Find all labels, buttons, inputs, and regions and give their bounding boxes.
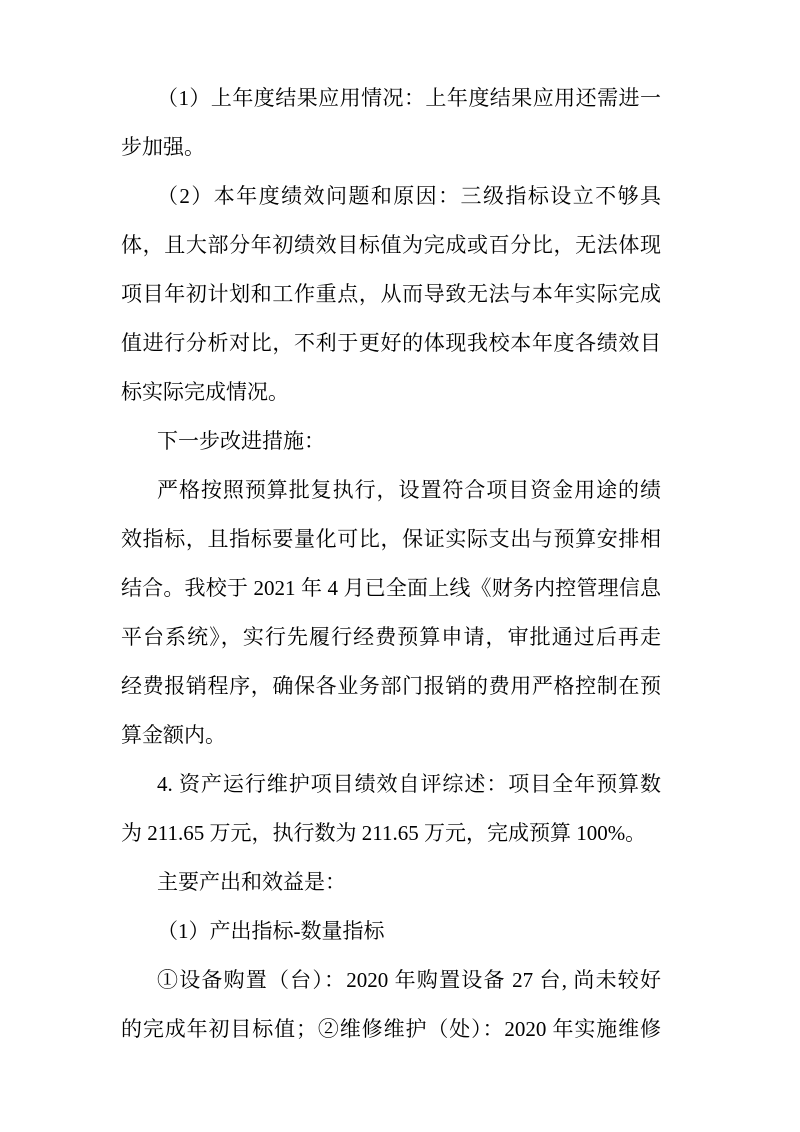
text-line: 体，且大部分年初绩效目标值为完成或百分比，无法体现 — [121, 221, 661, 270]
text-line: 标实际完成情况。 — [121, 368, 661, 417]
paragraph-output-benefit-heading: 主要产出和效益是： — [121, 858, 661, 907]
text-line: 项目年初计划和工作重点，从而导致无法与本年实际完成 — [121, 270, 661, 319]
text-line: 主要产出和效益是： — [121, 858, 661, 907]
text-line: 效指标，且指标要量化可比，保证实际支出与预算安排相 — [121, 515, 661, 564]
paragraph-performance-issues: （2）本年度绩效问题和原因：三级指标设立不够具 体，且大部分年初绩效目标值为完成… — [121, 172, 661, 417]
text-line: （2）本年度绩效问题和原因：三级指标设立不够具 — [121, 172, 661, 221]
text-line: 的完成年初目标值；②维修维护（处）：2020 年实施维修 — [121, 1005, 661, 1054]
document-page: （1）上年度结果应用情况：上年度结果应用还需进一 步加强。 （2）本年度绩效问题… — [0, 0, 800, 1132]
paragraph-prev-year-results: （1）上年度结果应用情况：上年度结果应用还需进一 步加强。 — [121, 74, 661, 172]
text-line: 平台系统》，实行先履行经费预算申请，审批通过后再走 — [121, 613, 661, 662]
paragraph-asset-project-summary: 4. 资产运行维护项目绩效自评综述：项目全年预算数 为 211.65 万元，执行… — [121, 760, 661, 858]
paragraph-improvement-heading: 下一步改进措施： — [121, 417, 661, 466]
text-line: 严格按照预算批复执行，设置符合项目资金用途的绩 — [121, 466, 661, 515]
text-line: 下一步改进措施： — [121, 417, 661, 466]
text-line: 值进行分析对比，不利于更好的体现我校本年度各绩效目 — [121, 319, 661, 368]
paragraph-output-indicator-heading: （1）产出指标-数量指标 — [121, 907, 661, 956]
text-line: 算金额内。 — [121, 711, 661, 760]
paragraph-improvement-measures: 严格按照预算批复执行，设置符合项目资金用途的绩 效指标，且指标要量化可比，保证实… — [121, 466, 661, 760]
text-line: ①设备购置（台）：2020 年购置设备 27 台, 尚未较好 — [121, 956, 661, 1005]
document-text-block: （1）上年度结果应用情况：上年度结果应用还需进一 步加强。 （2）本年度绩效问题… — [121, 74, 661, 1054]
text-line: （1）产出指标-数量指标 — [121, 907, 661, 956]
text-line: 为 211.65 万元，执行数为 211.65 万元，完成预算 100%。 — [121, 809, 661, 858]
paragraph-equipment-maintenance: ①设备购置（台）：2020 年购置设备 27 台, 尚未较好 的完成年初目标值；… — [121, 956, 661, 1054]
text-line: 4. 资产运行维护项目绩效自评综述：项目全年预算数 — [121, 760, 661, 809]
text-line: 经费报销程序，确保各业务部门报销的费用严格控制在预 — [121, 662, 661, 711]
text-line: 结合。我校于 2021 年 4 月已全面上线《财务内控管理信息 — [121, 564, 661, 613]
text-line: 步加强。 — [121, 123, 661, 172]
text-line: （1）上年度结果应用情况：上年度结果应用还需进一 — [121, 74, 661, 123]
